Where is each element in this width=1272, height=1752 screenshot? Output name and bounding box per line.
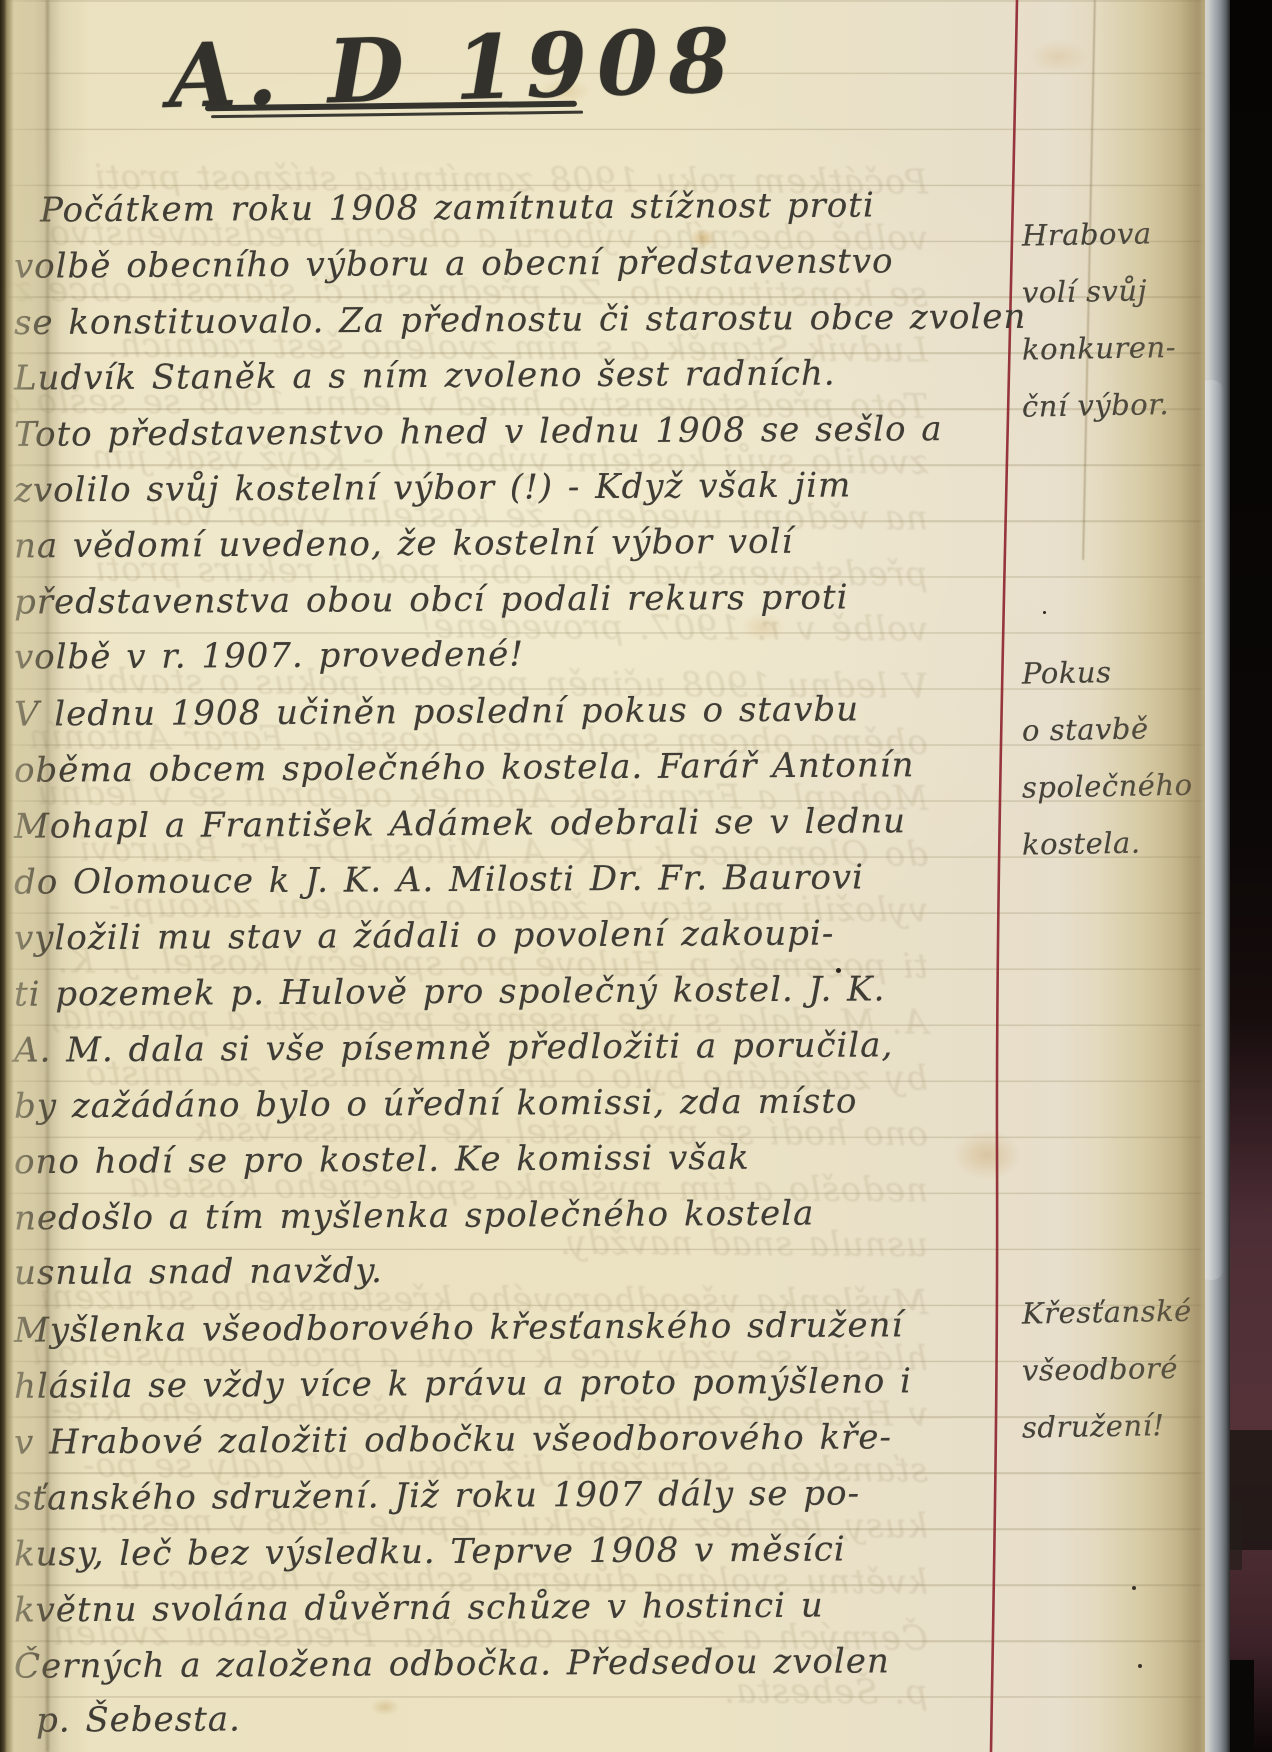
chronicle-page: Počátkem roku 1908 zamítnuta stížnost pr…: [0, 0, 1205, 1752]
handwritten-line: V lednu 1908 učiněn poslední pokus o sta…: [14, 687, 859, 736]
handwritten-line: Černých a založena odbočka. Předsedou zv…: [14, 1639, 890, 1688]
handwritten-line: volbě obecního výboru a obecní představe…: [14, 239, 894, 288]
margin-note-line: kostela.: [1022, 813, 1208, 873]
handwritten-line: zvolilo svůj kostelní výbor (!) - Když v…: [14, 463, 852, 512]
margin-note: Pokuso stavběspolečnéhokostela.: [1022, 644, 1207, 872]
handwritten-line: Počátkem roku 1908 zamítnuta stížnost pr…: [40, 183, 875, 232]
handwritten-line: Mohapl a František Adámek odebrali se v …: [14, 799, 906, 848]
margin-note-line: konkuren-: [1022, 318, 1208, 378]
handwritten-body: Počátkem roku 1908 zamítnuta stížnost pr…: [6, 0, 936, 1752]
margin-note-line: Hrabova: [1022, 204, 1208, 264]
margin-note-line: volí svůj: [1022, 261, 1208, 321]
handwritten-line: kusy, leč bez výsledku. Teprve 1908 v mě…: [14, 1527, 846, 1576]
margin-note-line: ční výbor.: [1022, 375, 1208, 435]
handwritten-line: květnu svolána důvěrná schůze v hostinci…: [14, 1584, 824, 1633]
handwritten-line: na vědomí uvedeno, že kostelní výbor vol…: [14, 520, 794, 569]
ink-speck: [1138, 1664, 1142, 1668]
handwritten-line: se konstituovalo. Za přednostu či staros…: [14, 295, 1027, 345]
handwritten-line: hlásila se vždy více k právu a proto pom…: [14, 1359, 912, 1408]
handwritten-line: v Hrabové založiti odbočku všeodborového…: [14, 1415, 892, 1464]
handwritten-line: Ludvík Staněk a s ním zvoleno šest radní…: [14, 351, 836, 400]
margin-note-line: Pokus: [1022, 642, 1208, 702]
handwritten-line: do Olomouce k J. K. A. Milosti Dr. Fr. B…: [14, 855, 864, 904]
handwritten-line: sťanského sdružení. Již roku 1907 dály s…: [14, 1471, 860, 1520]
handwritten-line: usnula snad navždy.: [14, 1249, 383, 1295]
ink-speck: [1132, 1586, 1136, 1590]
handwritten-line: ono hodí se pro kostel. Ke komissi však: [14, 1136, 750, 1184]
ink-speck: [836, 968, 841, 973]
handwritten-line: p. Šebesta.: [36, 1697, 241, 1742]
margin-note-line: všeodboré: [1022, 1339, 1208, 1399]
handwritten-line: ti pozemek p. Hulově pro společný kostel…: [14, 967, 886, 1016]
handwritten-line: by zažádáno bylo o úřední komissi, zda m…: [14, 1079, 858, 1128]
handwritten-line: oběma obcem společného kostela. Farář An…: [14, 743, 915, 793]
handwritten-line: představenstva obou obcí podali rekurs p…: [14, 575, 849, 624]
margin-note-line: sdružení!: [1022, 1396, 1208, 1456]
margin-note-line: společného: [1022, 756, 1208, 816]
margin-note: Hrabovavolí svůjkonkuren-ční výbor.: [1022, 206, 1207, 434]
handwritten-line: Myšlenka všeodborového křesťanského sdru…: [14, 1303, 904, 1352]
ink-speck: [1043, 611, 1046, 614]
handwritten-line: volbě v r. 1907. provedené!: [14, 632, 524, 679]
handwritten-line: Toto představenstvo hned v lednu 1908 se…: [14, 407, 943, 457]
handwritten-line: vyložili mu stav a žádali o povolení zak…: [14, 911, 835, 960]
handwritten-line: A. M. dala si vše písemně předložiti a p…: [14, 1023, 894, 1072]
margin-note: Křesťanskévšeodborésdružení!: [1022, 1284, 1207, 1455]
margin-note-line: Křesťanské: [1022, 1282, 1208, 1342]
margin-note-line: o stavbě: [1022, 699, 1208, 759]
handwritten-line: nedošlo a tím myšlenka společného kostel…: [14, 1192, 815, 1241]
chronicle-scan: Počátkem roku 1908 zamítnuta stížnost pr…: [0, 0, 1272, 1752]
